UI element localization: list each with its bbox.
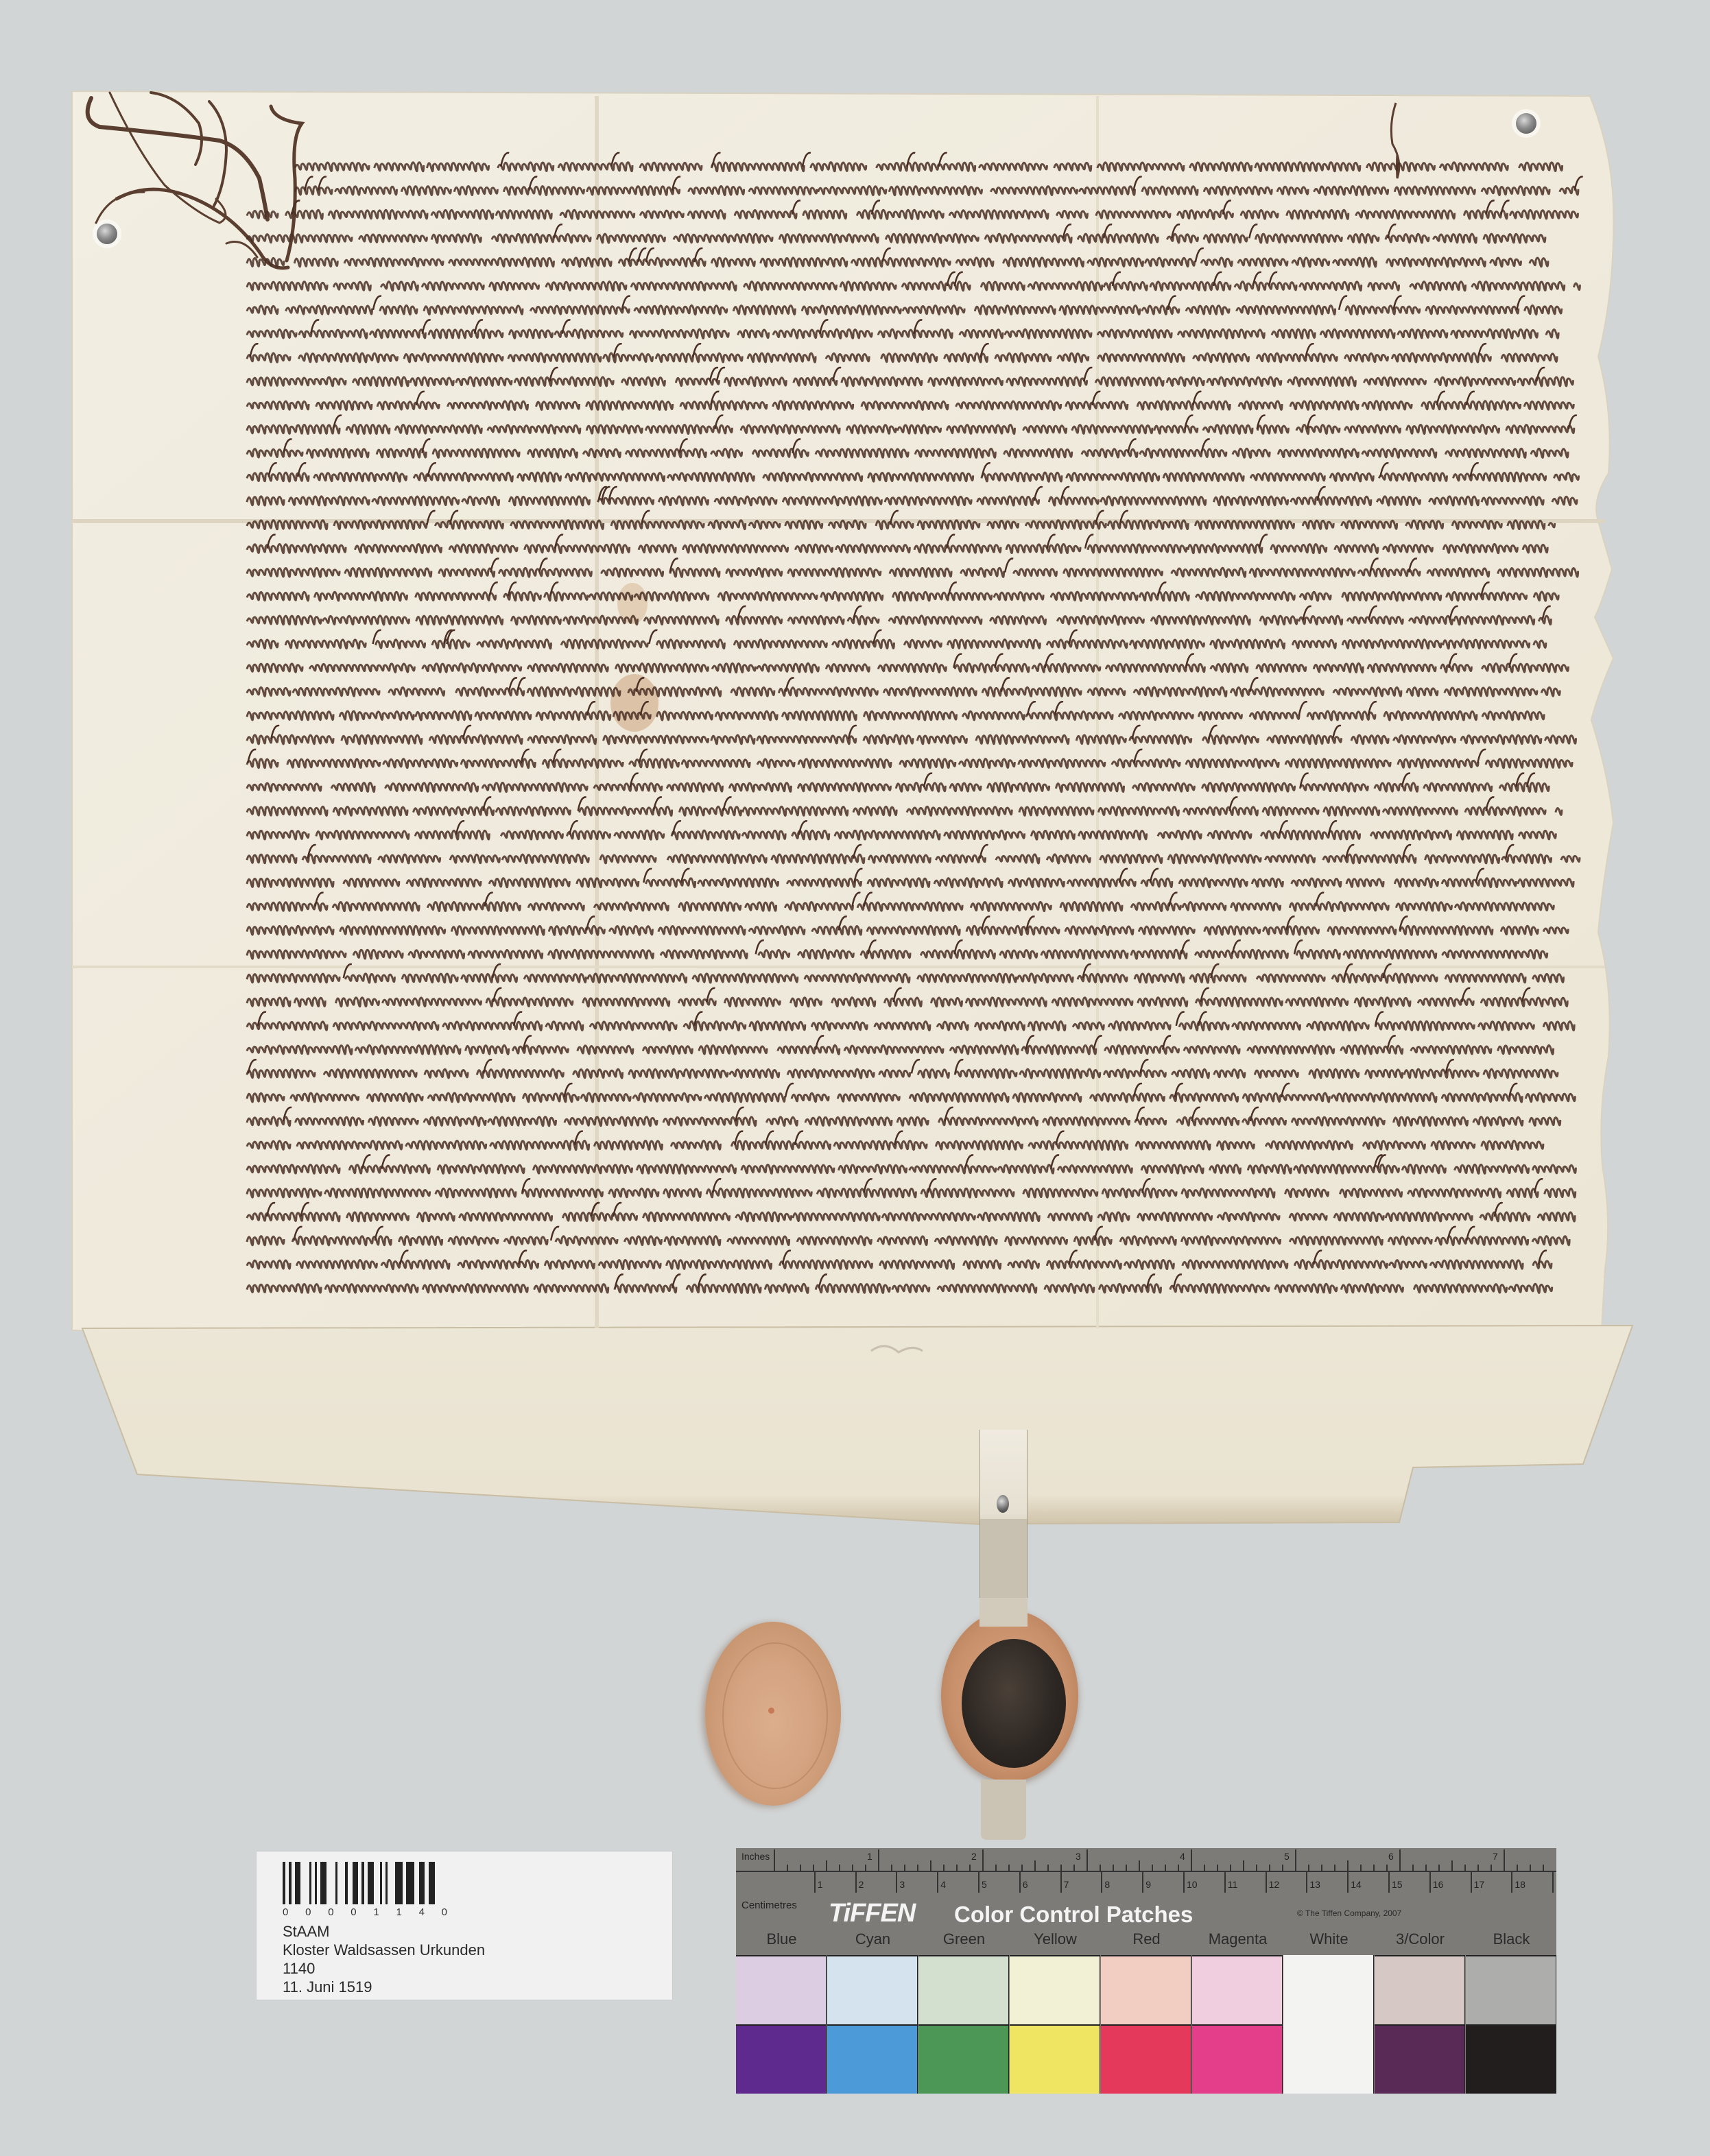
- inches-label: Inches: [741, 1851, 770, 1862]
- cm-tick-label: 16: [1433, 1879, 1444, 1890]
- inch-tick: [1269, 1865, 1270, 1871]
- barcode-bar: [309, 1862, 311, 1904]
- barcode-bar: [395, 1862, 403, 1904]
- patch-light-green: [918, 1955, 1009, 2024]
- cm-tick: [1306, 1872, 1307, 1893]
- patch-light-blue: [736, 1955, 827, 2024]
- patch-white: [1283, 1955, 1374, 2094]
- barcode-bar: [283, 1862, 285, 1904]
- cm-tick-label: 13: [1309, 1879, 1320, 1890]
- inch-tick-label: 2: [971, 1851, 977, 1862]
- barcode-bar: [289, 1862, 292, 1904]
- cm-tick-label: 6: [1023, 1879, 1028, 1890]
- barcode-bar: [295, 1862, 300, 1904]
- cm-tick-label: 4: [940, 1879, 946, 1890]
- inch-tick: [1230, 1865, 1231, 1871]
- patch-label-green: Green: [918, 1930, 1010, 1948]
- cm-tick: [937, 1872, 938, 1893]
- barcode-digit: 1: [396, 1906, 401, 1918]
- barcode-bar: [385, 1862, 388, 1904]
- cm-tick: [855, 1872, 857, 1893]
- inch-tick: [1282, 1865, 1283, 1871]
- document-date: 11. Juni 1519: [283, 1978, 372, 1996]
- cm-tick: [814, 1872, 816, 1893]
- inch-tick: [1360, 1865, 1362, 1871]
- cm-tick: [1224, 1872, 1226, 1893]
- inch-tick: [1100, 1865, 1101, 1871]
- seal-strap-band: [979, 1598, 1028, 1627]
- inch-tick: [1530, 1865, 1531, 1871]
- inch-tick-label: 5: [1284, 1851, 1290, 1862]
- cm-tick: [1142, 1872, 1143, 1893]
- inch-tick: [1399, 1849, 1401, 1871]
- inch-tick: [1543, 1865, 1544, 1871]
- cm-tick: [1101, 1872, 1102, 1893]
- archive-name: StAAM: [283, 1923, 329, 1941]
- inch-tick: [839, 1865, 840, 1871]
- inch-tick: [1152, 1865, 1153, 1871]
- cm-tick: [1266, 1872, 1267, 1893]
- inch-tick: [878, 1849, 879, 1871]
- barcode-digits: 00001140: [283, 1906, 447, 1918]
- inch-tick: [1491, 1865, 1492, 1871]
- inch-tick-label: 6: [1388, 1851, 1394, 1862]
- inch-tick: [1047, 1865, 1049, 1871]
- inch-tick: [1451, 1860, 1453, 1871]
- centimetres-label: Centimetres: [741, 1900, 797, 1911]
- inch-tick: [995, 1865, 997, 1871]
- lid-center-dot: [768, 1708, 774, 1714]
- cm-tick: [1429, 1872, 1431, 1893]
- inch-tick: [1412, 1865, 1414, 1871]
- inch-tick: [904, 1865, 905, 1871]
- cm-tick: [1060, 1872, 1062, 1893]
- patch-dark-blue: [736, 2024, 827, 2094]
- inch-tick: [956, 1865, 958, 1871]
- cm-tick-label: 2: [859, 1879, 864, 1890]
- inch-tick: [982, 1849, 984, 1871]
- inch-tick: [1113, 1865, 1114, 1871]
- barcode-bar: [320, 1862, 326, 1904]
- barcode: [283, 1862, 437, 1904]
- inch-tick: [943, 1865, 945, 1871]
- patch-light-red: [1101, 1955, 1191, 2024]
- cm-tick-label: 17: [1474, 1879, 1485, 1890]
- copyright-notice: © The Tiffen Company, 2007: [1297, 1908, 1401, 1918]
- inch-tick: [1386, 1865, 1388, 1871]
- barcode-digit: 0: [283, 1906, 288, 1918]
- inch-tick: [1308, 1865, 1309, 1871]
- inch-tick-label: 3: [1076, 1851, 1081, 1862]
- barcode-digit: 0: [442, 1906, 447, 1918]
- barcode-bar: [406, 1862, 414, 1904]
- cm-tick-label: 5: [982, 1879, 987, 1890]
- inch-tick: [1295, 1849, 1296, 1871]
- cm-tick-label: 12: [1269, 1879, 1280, 1890]
- seal-capsule-lid: [705, 1622, 841, 1806]
- inch-tick-label: 4: [1180, 1851, 1185, 1862]
- rivet-top-right: [1516, 113, 1536, 134]
- patch-label-red: Red: [1101, 1930, 1192, 1948]
- patch-dark-yellow: [1010, 2024, 1100, 2094]
- inch-tick: [1060, 1865, 1062, 1871]
- inch-tick: [1178, 1865, 1179, 1871]
- patch-light-black: [1466, 1955, 1556, 2024]
- rivet-left: [97, 224, 117, 244]
- inch-tick: [1256, 1865, 1257, 1871]
- inch-tick: [1373, 1865, 1375, 1871]
- cm-tick: [1552, 1872, 1554, 1893]
- cm-tick-label: 14: [1351, 1879, 1362, 1890]
- inch-tick: [1139, 1860, 1140, 1871]
- cm-tick-label: 15: [1392, 1879, 1403, 1890]
- inch-tick: [917, 1865, 918, 1871]
- cm-tick: [1511, 1872, 1512, 1893]
- parchment-charter: [0, 0, 1710, 1550]
- barcode-bar: [353, 1862, 358, 1904]
- inch-tick: [1334, 1865, 1335, 1871]
- patch-dark-magenta: [1192, 2024, 1283, 2094]
- cm-tick-label: 10: [1187, 1879, 1198, 1890]
- inch-tick: [1204, 1865, 1205, 1871]
- collection-name: Kloster Waldsassen Urkunden: [283, 1941, 485, 1959]
- cm-tick-label: 8: [1104, 1879, 1110, 1890]
- barcode-digit: 0: [305, 1906, 311, 1918]
- cm-tick-label: 11: [1228, 1879, 1238, 1890]
- patch-label-blue: Blue: [736, 1930, 827, 1948]
- strap-rivet: [997, 1495, 1009, 1513]
- water-stain: [610, 674, 658, 732]
- inch-tick: [1034, 1860, 1036, 1871]
- barcode-bar: [315, 1862, 317, 1904]
- inch-ruler: [736, 1848, 1556, 1872]
- archive-label: 00001140 StAAM Kloster Waldsassen Urkund…: [257, 1852, 672, 2000]
- inch-tick: [1217, 1865, 1218, 1871]
- tiffen-logo: TiFFEN: [829, 1899, 915, 1928]
- inch-tick: [930, 1860, 931, 1871]
- barcode-digit: 0: [351, 1906, 356, 1918]
- patch-light-cyan: [827, 1955, 918, 2024]
- inch-tick: [826, 1860, 827, 1871]
- inch-tick: [865, 1865, 866, 1871]
- inch-tick: [1021, 1865, 1023, 1871]
- inch-tick-label: 1: [867, 1851, 872, 1862]
- patch-light-magenta: [1192, 1955, 1283, 2024]
- patch-dark-3-color: [1375, 2024, 1465, 2094]
- inch-tick: [852, 1865, 853, 1871]
- patch-label-magenta: Magenta: [1192, 1930, 1283, 1948]
- cm-tick: [1471, 1872, 1472, 1893]
- cm-tick-label: 1: [818, 1879, 823, 1890]
- tiffen-color-card: Inches Centimetres TiFFEN Color Control …: [736, 1848, 1556, 2094]
- patch-light-yellow: [1010, 1955, 1100, 2024]
- patch-dark-red: [1101, 2024, 1191, 2094]
- cm-tick: [1019, 1872, 1021, 1893]
- inch-tick: [1126, 1865, 1127, 1871]
- patch-dark-cyan: [827, 2024, 918, 2094]
- cm-tick-label: 9: [1145, 1879, 1151, 1890]
- barcode-bar: [380, 1862, 382, 1904]
- barcode-digit: 1: [373, 1906, 379, 1918]
- inch-tick: [1517, 1865, 1518, 1871]
- barcode-bar: [368, 1862, 374, 1904]
- cm-tick: [1183, 1872, 1185, 1893]
- barcode-bar: [361, 1862, 364, 1904]
- patch-light-3-color: [1375, 1955, 1465, 2024]
- barcode-bar: [335, 1862, 337, 1904]
- inch-tick: [774, 1849, 775, 1871]
- patch-label-3-color: 3/Color: [1375, 1930, 1466, 1948]
- barcode-bar: [429, 1862, 435, 1904]
- inch-tick: [1191, 1849, 1192, 1871]
- inch-tick: [1464, 1865, 1466, 1871]
- inch-tick: [969, 1865, 971, 1871]
- cm-tick-label: 7: [1064, 1879, 1069, 1890]
- barcode-bar: [419, 1862, 425, 1904]
- cm-tick: [1388, 1872, 1390, 1893]
- inch-tick: [1321, 1865, 1322, 1871]
- wax-seal: [962, 1639, 1066, 1768]
- patch-dark-green: [918, 2024, 1009, 2094]
- inch-tick: [891, 1865, 892, 1871]
- inch-tick: [787, 1865, 788, 1871]
- patch-label-cyan: Cyan: [827, 1930, 918, 1948]
- cm-tick-label: 19: [1556, 1879, 1556, 1890]
- parchment-plica-fold: [82, 1326, 1632, 1524]
- inch-tick: [1008, 1865, 1010, 1871]
- patch-dark-black: [1466, 2024, 1556, 2094]
- cm-tick: [896, 1872, 897, 1893]
- inch-tick: [1347, 1860, 1349, 1871]
- inch-tick: [1438, 1865, 1440, 1871]
- patch-label-yellow: Yellow: [1010, 1930, 1101, 1948]
- inch-tick: [1165, 1865, 1166, 1871]
- seal-strap-tail: [981, 1780, 1026, 1840]
- inch-tick-label: 7: [1493, 1851, 1498, 1862]
- cm-tick: [978, 1872, 979, 1893]
- barcode-bar: [345, 1862, 348, 1904]
- inch-tick: [1073, 1865, 1075, 1871]
- inch-tick: [1504, 1849, 1505, 1871]
- cm-tick: [1347, 1872, 1349, 1893]
- inch-tick: [1477, 1865, 1479, 1871]
- cm-tick-label: 18: [1515, 1879, 1525, 1890]
- inch-tick: [1086, 1849, 1088, 1871]
- cm-tick-label: 3: [899, 1879, 905, 1890]
- patch-label-white: White: [1283, 1930, 1375, 1948]
- patch-label-black: Black: [1466, 1930, 1556, 1948]
- card-title: Color Control Patches: [954, 1902, 1193, 1928]
- inch-tick: [1243, 1860, 1244, 1871]
- inch-tick: [1425, 1865, 1427, 1871]
- barcode-digit: 0: [328, 1906, 333, 1918]
- barcode-digit: 4: [419, 1906, 425, 1918]
- inch-tick: [813, 1865, 814, 1871]
- inch-tick: [800, 1865, 801, 1871]
- document-number: 1140: [283, 1960, 315, 1978]
